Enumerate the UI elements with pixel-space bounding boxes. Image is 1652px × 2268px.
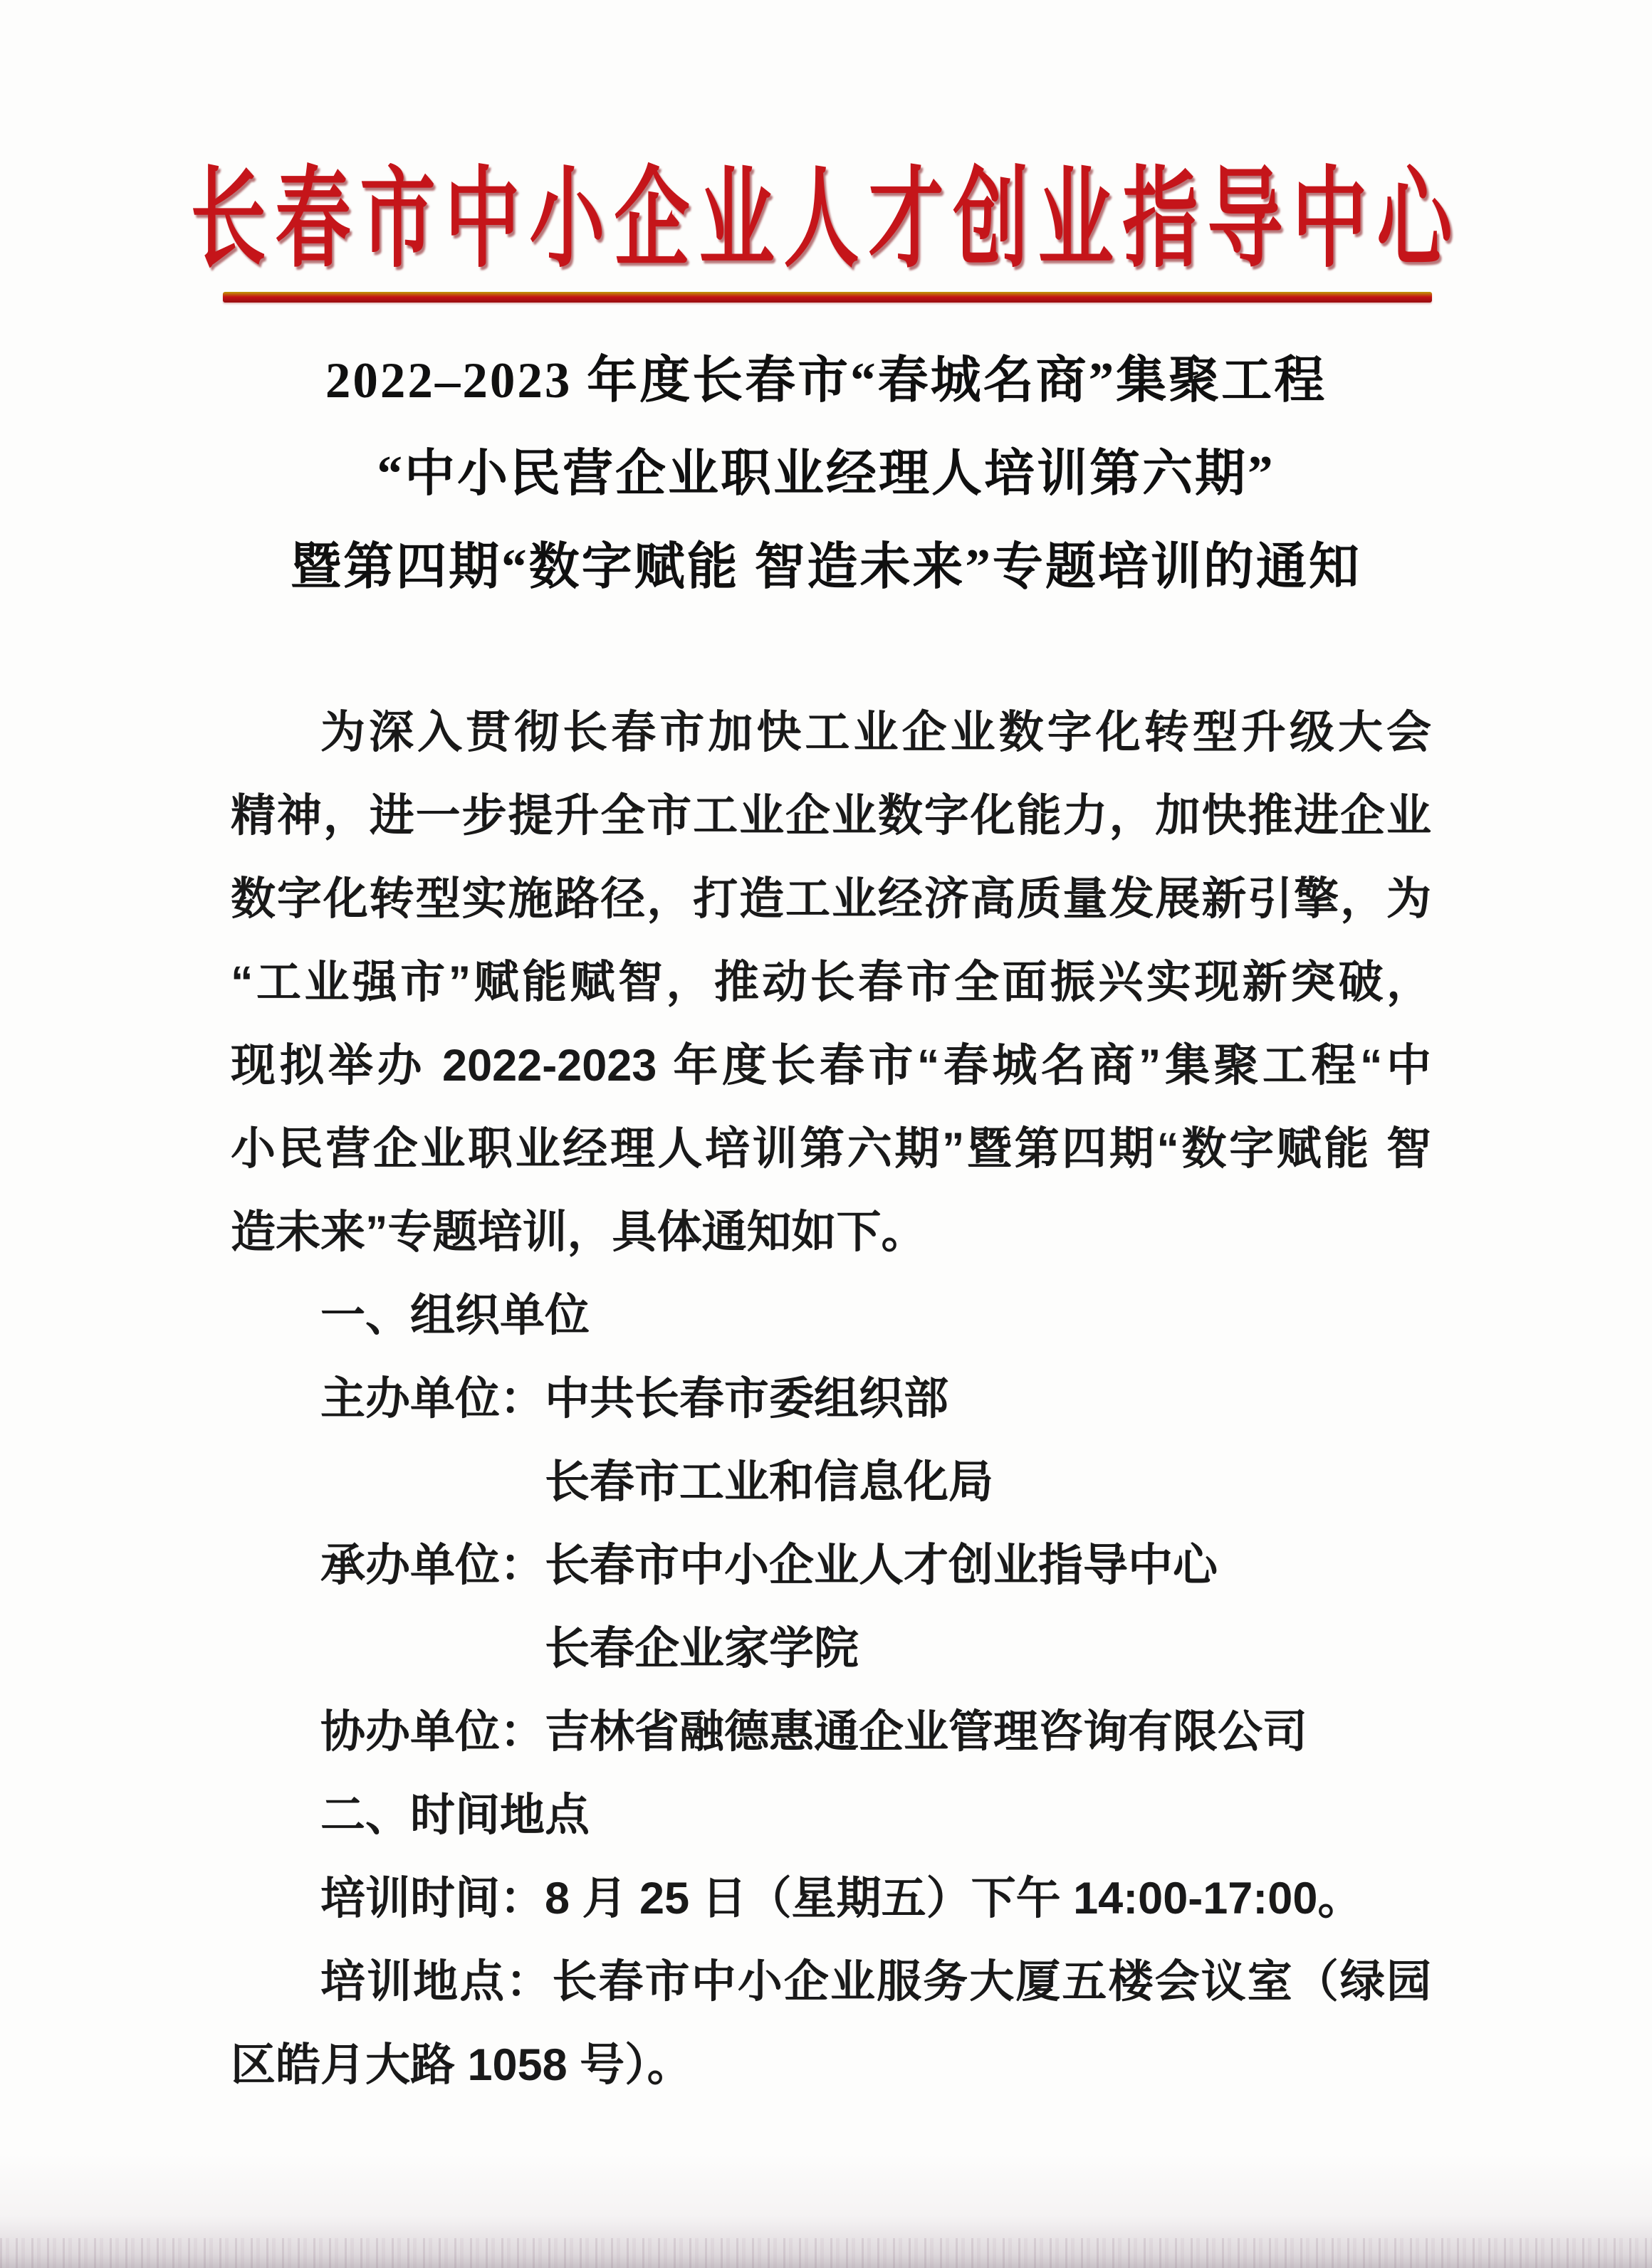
paragraph-line-1: 为深入贯彻长春市加快工业企业数字化转型升级大会 <box>231 691 1431 775</box>
letterhead-org-title: 长春市中小企业人才创业指导中心 <box>0 164 1652 278</box>
paragraph-line-3: 数字化转型实施路径，打造工业经济高质量发展新引擎，为 <box>231 858 1431 941</box>
notice-title-line-2: “中小民营企业职业经理人培训第六期” <box>0 428 1652 521</box>
training-time-line: 培训时间：8 月 25 日（星期五）下午 14:00-17:00。 <box>231 1857 1431 1941</box>
letterhead-underline-rule <box>223 292 1432 303</box>
section-heading-time-place: 二、时间地点 <box>231 1774 1431 1857</box>
paragraph-line-7: 造未来”专题培训，具体通知如下。 <box>231 1191 1431 1274</box>
section-heading-organizing-units: 一、组织单位 <box>231 1274 1431 1358</box>
paragraph-line-5: 现拟举办 2022-2023 年度长春市“春城名商”集聚工程“中 <box>231 1024 1431 1108</box>
undertaker-unit-line: 承办单位：长春市中小企业人才创业指导中心 <box>231 1524 1431 1607</box>
notice-title: 2022–2023 年度长春市“春城名商”集聚工程 “中小民营企业职业经理人培训… <box>0 335 1652 614</box>
undertaker-unit-line-2: 长春企业家学院 <box>231 1607 1431 1691</box>
host-unit-line-2: 长春市工业和信息化局 <box>231 1441 1431 1524</box>
notice-body: 为深入贯彻长春市加快工业企业数字化转型升级大会 精神，进一步提升全市工业企业数字… <box>231 691 1431 2107</box>
notice-title-line-3: 暨第四期“数字赋能 智造未来”专题培训的通知 <box>0 521 1652 614</box>
scanned-notice-document: 长春市中小企业人才创业指导中心 2022–2023 年度长春市“春城名商”集聚工… <box>0 0 1652 2268</box>
training-place-line-1: 培训地点：长春市中小企业服务大厦五楼会议室（绿园 <box>231 1941 1431 2024</box>
paragraph-line-6: 小民营企业职业经理人培训第六期”暨第四期“数字赋能 智 <box>231 1108 1431 1191</box>
notice-title-line-1: 2022–2023 年度长春市“春城名商”集聚工程 <box>0 335 1652 428</box>
paragraph-line-4: “工业强市”赋能赋智，推动长春市全面振兴实现新突破， <box>231 941 1431 1024</box>
training-place-line-2: 区皓月大路 1058 号）。 <box>231 2024 1431 2107</box>
co-organizer-unit-line: 协办单位：吉林省融德惠通企业管理咨询有限公司 <box>231 1691 1431 1774</box>
scan-bottom-streaks <box>0 2238 1652 2268</box>
paragraph-line-2: 精神，进一步提升全市工业企业数字化能力，加快推进企业 <box>231 775 1431 858</box>
host-unit-line: 主办单位：中共长春市委组织部 <box>231 1358 1431 1441</box>
